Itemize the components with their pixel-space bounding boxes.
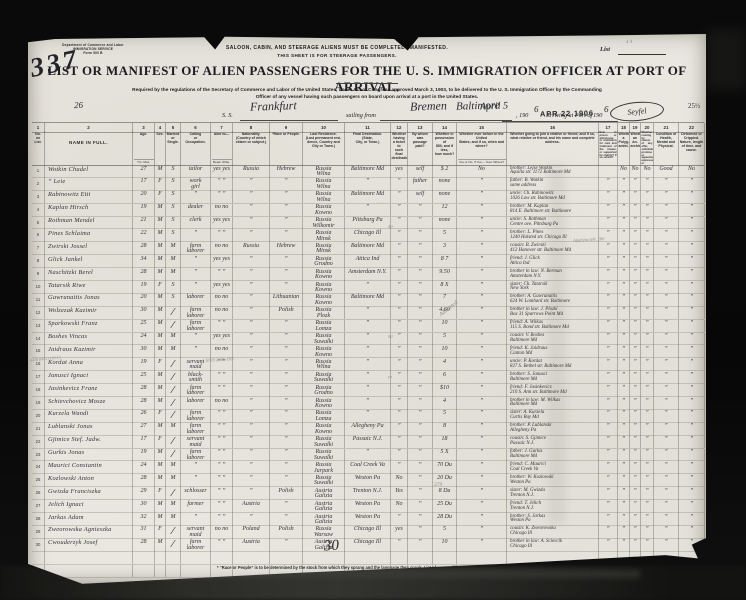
cell-col11: ” xyxy=(345,333,391,346)
cell-col21: ” xyxy=(654,255,679,268)
cell-col15: ” xyxy=(457,539,507,552)
cell-col16: uncle: S. Rothman Centre ave. Pittsburg … xyxy=(507,217,599,230)
cell-col3: 19 xyxy=(133,204,155,217)
cell-col13: ” xyxy=(408,423,433,436)
cell-col2: Kaplan Hirsch xyxy=(45,204,133,217)
sheet-number-handwriting: 26 xyxy=(74,100,83,110)
cell-col12: ” xyxy=(391,461,408,474)
cell-col13: ” xyxy=(408,449,433,462)
cell-col15: ” xyxy=(457,449,507,462)
cell-col10: Russia Wilkomir xyxy=(303,217,345,230)
cell-col12: ” xyxy=(391,178,408,191)
cell-col11: Trenton N.J. xyxy=(345,487,391,500)
cell-col6: farm laborer xyxy=(181,242,211,255)
cell-col12: ” xyxy=(391,320,408,333)
cell-col17: ” xyxy=(599,333,618,346)
year-1-handwriting: 6 xyxy=(534,104,539,114)
cell-col14: 5 xyxy=(433,410,457,423)
cell-col20: ” xyxy=(641,294,654,307)
cell-col9: ” xyxy=(270,281,303,294)
cell-col8: ” xyxy=(233,320,270,333)
cell-col2: Gwizda Franciszka xyxy=(45,487,133,500)
cell-col10: Russia Warsaw xyxy=(303,526,345,539)
cell-col5: M xyxy=(166,423,181,436)
cell-col6: farm laborer xyxy=(181,307,211,320)
cell-col11: ” xyxy=(345,281,391,294)
pencil-annotation: 90 xyxy=(388,334,393,339)
cell-col21: ” xyxy=(654,371,679,384)
table-row: 17Janusci Ignaci25M⁄black- smith” ”””Rus… xyxy=(32,371,704,384)
cell-col21: ” xyxy=(654,191,679,204)
title-rule xyxy=(336,83,398,84)
cell-col1: 5 xyxy=(32,217,45,230)
table-row: 5Rothman Mendel21MSclerkyes yes””Russia … xyxy=(32,217,704,230)
cell-col9: ” xyxy=(270,397,303,410)
cell-col15: ” xyxy=(457,281,507,294)
cell-col15: ” xyxy=(457,268,507,281)
cell-col15: ” xyxy=(457,474,507,487)
cell-col17: ” xyxy=(599,539,618,552)
cell-col7: no no xyxy=(211,242,233,255)
cell-col11: Chicago Ill xyxy=(345,526,391,539)
cell-col22: ” xyxy=(679,513,705,526)
column-header-5: Married or Single. xyxy=(166,131,181,165)
cell-col19: ” xyxy=(630,242,641,255)
cell-col15: ” xyxy=(457,217,507,230)
cell-col4: M xyxy=(155,345,166,358)
cell-col6: servant maid xyxy=(181,436,211,449)
cell-col19: ” xyxy=(630,294,641,307)
table-row: 13Sparkowski Franz25M⁄farm laborer” ”””R… xyxy=(32,320,704,333)
cell-col5 xyxy=(166,552,181,564)
cell-col1: 22 xyxy=(32,436,45,449)
cell-col17: ” xyxy=(599,320,618,333)
cell-col18: ” xyxy=(618,268,630,281)
total-count-handwriting: 30 xyxy=(323,537,339,555)
cell-col18: ” xyxy=(618,358,630,371)
cell-col4: M xyxy=(155,513,166,526)
cell-col20: ” xyxy=(641,371,654,384)
table-row: 8Glick Jankel34MM”yes yes””Russia Grodno… xyxy=(32,255,704,268)
cell-col5: M xyxy=(166,500,181,513)
cell-col20: ” xyxy=(641,423,654,436)
cell-col14: 8 X xyxy=(433,281,457,294)
cell-col20: ” xyxy=(641,281,654,294)
cell-col21: ” xyxy=(654,513,679,526)
cell-col19: ” xyxy=(630,461,641,474)
cell-col10: Russia Wilna xyxy=(303,191,345,204)
cell-col5: ⁄ xyxy=(166,358,181,371)
cell-col7: ” ” xyxy=(211,487,233,500)
cell-col16: sister: A. Kurzela Curtis Bay Md xyxy=(507,410,599,423)
cell-col18: ” xyxy=(618,397,630,410)
cell-col14: none xyxy=(433,191,457,204)
cell-col17: ” xyxy=(599,358,618,371)
cell-col8: ” xyxy=(233,281,270,294)
cell-col6: farm laborer xyxy=(181,384,211,397)
cell-col6: clerk xyxy=(181,217,211,230)
cell-col8: ” xyxy=(233,397,270,410)
cell-col3: 28 xyxy=(133,474,155,487)
table-row: 23Gurkis Jonas19M⁄farm laborer” ”””Russi… xyxy=(32,449,704,462)
cell-col19: ” xyxy=(630,217,641,230)
cell-col8: ” xyxy=(233,513,270,526)
cell-col8: ” xyxy=(233,423,270,436)
cell-col1: 13 xyxy=(32,320,45,333)
cell-col3: 29 xyxy=(133,487,155,500)
cell-col8: ” xyxy=(233,255,270,268)
cell-col17: ” xyxy=(599,191,618,204)
cell-col6: ” xyxy=(181,281,211,294)
cell-col22: ” xyxy=(679,217,705,230)
corner-page-mark: 25½ xyxy=(688,102,700,110)
column-header-12: Whether having a ticket to such final de… xyxy=(391,131,408,165)
cell-col16: brother in law: M. Wilkas Baltimore Md xyxy=(507,397,599,410)
cell-col22: ” xyxy=(679,487,705,500)
cell-col7: no no xyxy=(211,397,233,410)
cell-col19 xyxy=(630,552,641,564)
cell-col17: ” xyxy=(599,410,618,423)
cell-col15: ” xyxy=(457,461,507,474)
cell-col20: ” xyxy=(641,526,654,539)
cell-col14: 25 Du xyxy=(433,500,457,513)
list-blank-rule xyxy=(618,54,666,55)
column-header-8: Nationality. (Country of which citizen o… xyxy=(233,131,270,165)
cell-col17 xyxy=(599,552,618,564)
cell-col22: ” xyxy=(679,307,705,320)
cell-col14: 8 xyxy=(433,423,457,436)
cell-col16: father: J. Gurkis Baltimore Md xyxy=(507,449,599,462)
cell-col3: 28 xyxy=(133,384,155,397)
cell-col13: ” xyxy=(408,474,433,487)
cell-col19: ” xyxy=(630,358,641,371)
cell-col11: ” xyxy=(345,410,391,423)
cell-col7: ” ” xyxy=(211,371,233,384)
cell-col13: ” xyxy=(408,307,433,320)
cell-col12: ” xyxy=(391,333,408,346)
column-header-row: No. on List.NAME IN FULL.Age.Yrs. Mos.Se… xyxy=(32,131,704,166)
cell-col13: ” xyxy=(408,384,433,397)
cell-col16: uncle: P. Kordat 827 S. Bethel str. Balt… xyxy=(507,358,599,371)
cell-col20: ” xyxy=(641,436,654,449)
cell-col9: Polish xyxy=(270,526,303,539)
cell-col2: Gawrunaitis Jonas xyxy=(45,294,133,307)
cell-col12: ” xyxy=(391,436,408,449)
cell-col20: ” xyxy=(641,513,654,526)
cell-col11: Weston Pa xyxy=(345,513,391,526)
pencil-annotation: 4 4 xyxy=(626,40,633,45)
cell-col8: ” xyxy=(233,487,270,500)
cell-col20: ” xyxy=(641,255,654,268)
cell-col19: ” xyxy=(630,255,641,268)
column-header-4: Sex. xyxy=(155,131,166,165)
cell-col13: ” xyxy=(408,255,433,268)
cell-col3: 25 xyxy=(133,371,155,384)
cell-col21: ” xyxy=(654,474,679,487)
arriving-port-handwriting: Baltimore xyxy=(456,99,500,113)
cell-col4: M xyxy=(155,242,166,255)
cell-col22: ” xyxy=(679,229,705,242)
cell-col10: Russia Lomza xyxy=(303,320,345,333)
cell-col22: ” xyxy=(679,242,705,255)
cell-col16: brother in law: J. Plozki Box 31 Sparrow… xyxy=(507,307,599,320)
cell-col9 xyxy=(270,552,303,564)
cell-col7: yes yes xyxy=(211,281,233,294)
cell-col9: ” xyxy=(270,229,303,242)
cell-col16: brother: A. Gawrunaitis 624 W. Lombard s… xyxy=(507,294,599,307)
cell-col3: 28 xyxy=(133,242,155,255)
cell-col8: Austria xyxy=(233,539,270,552)
cell-col22: ” xyxy=(679,294,705,307)
cell-col22: ” xyxy=(679,449,705,462)
cell-col15: ” xyxy=(457,410,507,423)
cell-col19: ” xyxy=(630,281,641,294)
cell-col2: Zweorowska Agnieszka xyxy=(45,526,133,539)
cell-col11: ” xyxy=(345,449,391,462)
cell-col21: ” xyxy=(654,281,679,294)
cell-col19: ” xyxy=(630,500,641,513)
cell-col6: ” xyxy=(181,268,211,281)
cell-col6: farm laborer xyxy=(181,539,211,552)
cell-col22: ” xyxy=(679,204,705,217)
cell-col5: M xyxy=(166,268,181,281)
cell-col15: ” xyxy=(457,178,507,191)
cell-col19: ” xyxy=(630,320,641,333)
cell-col14: 5 xyxy=(433,229,457,242)
cell-col13: ” xyxy=(408,294,433,307)
cell-col10: Russia Suwalki xyxy=(303,436,345,449)
cell-col5: S xyxy=(166,229,181,242)
cell-col4: F xyxy=(155,410,166,423)
cell-col6: farm laborer xyxy=(181,410,211,423)
cell-col18: ” xyxy=(618,255,630,268)
cell-col17: ” xyxy=(599,436,618,449)
cell-col16: friend: F. Jasinkevicz 210 S. Ann str. B… xyxy=(507,384,599,397)
cell-col2: Janusci Ignaci xyxy=(45,371,133,384)
cell-col18: ” xyxy=(618,281,630,294)
cell-col18: ” xyxy=(618,294,630,307)
column-header-16: Whether going to join a relative or frie… xyxy=(507,131,599,165)
cell-col18: ” xyxy=(618,307,630,320)
cell-col2: Tatarsik Riwe xyxy=(45,281,133,294)
cell-col12 xyxy=(391,552,408,564)
table-row: 30Cwouderzyk Josef28M⁄farm laborer” ”Aus… xyxy=(32,539,704,552)
cell-col14: 4 xyxy=(433,397,457,410)
scanned-manifest-screenshot: Department of Commerce and Labor IMMIGRA… xyxy=(0,0,746,600)
cell-col22: ” xyxy=(679,474,705,487)
cell-col17: ” xyxy=(599,345,618,358)
cell-col4: M xyxy=(155,268,166,281)
cell-col1: 21 xyxy=(32,423,45,436)
table-row: 9Naschitzki Berel28MM”” ”””Russia KownoA… xyxy=(32,268,704,281)
cell-col4: M xyxy=(155,397,166,410)
column-header-17: Ever in prison or almshouse or instituti… xyxy=(599,131,618,165)
cell-col3: 25 xyxy=(133,320,155,333)
cell-col19: ” xyxy=(630,371,641,384)
cell-col8: ” xyxy=(233,345,270,358)
cell-col3: 19 xyxy=(133,358,155,371)
cell-col10: Russia Grodno xyxy=(303,255,345,268)
cell-col13: ” xyxy=(408,371,433,384)
cell-col12: ” xyxy=(391,294,408,307)
cell-col20: ” xyxy=(641,345,654,358)
cell-col2: Boshes Vincas xyxy=(45,333,133,346)
cell-col10: Russia Wilna xyxy=(303,165,345,178)
cell-col14: 28 Du xyxy=(433,513,457,526)
cell-col10: Russia Lomza xyxy=(303,410,345,423)
cell-col22: ” xyxy=(679,281,705,294)
cell-col5: S xyxy=(166,281,181,294)
cell-col2: Kozlowski Anton xyxy=(45,474,133,487)
cell-col20: ” xyxy=(641,178,654,191)
cell-col19: ” xyxy=(630,333,641,346)
cell-col15: ” xyxy=(457,191,507,204)
cell-col3: 17 xyxy=(133,436,155,449)
cell-col9: ” xyxy=(270,191,303,204)
cell-col3: 30 xyxy=(133,500,155,513)
cell-col17: ” xyxy=(599,255,618,268)
cell-col18: ” xyxy=(618,513,630,526)
cell-col6: servant maid xyxy=(181,526,211,539)
cell-col10: Austria Galizia xyxy=(303,487,345,500)
cell-col5: ⁄ xyxy=(166,320,181,333)
table-row: 18Jasinkevicz Franz28M⁄farm laborer” ”””… xyxy=(32,384,704,397)
cell-col7: ” ” xyxy=(211,410,233,423)
table-row: 16Kordat Anna19F⁄servant maid” ”””Russia… xyxy=(32,358,704,371)
cell-col10: Russia Suwalki xyxy=(303,333,345,346)
cell-col9: ” xyxy=(270,474,303,487)
cell-col9: ” xyxy=(270,461,303,474)
cell-col9: ” xyxy=(270,423,303,436)
cell-col12: ” xyxy=(391,268,408,281)
cell-col9: ” xyxy=(270,204,303,217)
cell-col9: Hebrew xyxy=(270,165,303,178)
cell-col3: 28 xyxy=(133,397,155,410)
required-line-1: Required by the regulations of the Secre… xyxy=(28,88,706,93)
cell-col14: 8 Du xyxy=(433,487,457,500)
cell-col19: ” xyxy=(630,178,641,191)
cell-col17: ” xyxy=(599,217,618,230)
cell-col8: ” xyxy=(233,268,270,281)
ship-name-rule xyxy=(240,120,338,121)
cell-col17: ” xyxy=(599,371,618,384)
cell-col14 xyxy=(433,552,457,564)
cell-col10: Russia Jurpark xyxy=(303,461,345,474)
cell-col18: ” xyxy=(618,449,630,462)
cell-col19: No xyxy=(630,165,641,178)
cell-col21: ” xyxy=(654,397,679,410)
cell-col5: ⁄ xyxy=(166,371,181,384)
cell-col7: ” ” xyxy=(211,449,233,462)
cell-col11 xyxy=(345,552,391,564)
cell-col7: yes yes xyxy=(211,217,233,230)
cell-col21 xyxy=(654,552,679,564)
cell-col3: 20 xyxy=(133,191,155,204)
cell-col20: ” xyxy=(641,191,654,204)
cell-col8: ” xyxy=(233,294,270,307)
column-header-1: No. on List. xyxy=(32,131,45,165)
cell-col12: No xyxy=(391,500,408,513)
cell-col5: S xyxy=(166,165,181,178)
cell-col16: sister: M. Gwizda Trenton N.J. xyxy=(507,487,599,500)
cell-col19: ” xyxy=(630,436,641,449)
cell-col7: ” ” xyxy=(211,320,233,333)
cell-col21: ” xyxy=(654,268,679,281)
cell-col11: ” xyxy=(345,358,391,371)
cell-col5: M xyxy=(166,345,181,358)
cell-col19: ” xyxy=(630,345,641,358)
cell-col10: Russia Kowno xyxy=(303,268,345,281)
cell-col11: ” xyxy=(345,320,391,333)
cell-col18: ” xyxy=(618,474,630,487)
cell-col2: Pines Schlaima xyxy=(45,229,133,242)
cell-col22: ” xyxy=(679,500,705,513)
cell-col8: Poland xyxy=(233,526,270,539)
cell-col9: ” xyxy=(270,333,303,346)
cell-col4: F xyxy=(155,487,166,500)
cell-col6: ” xyxy=(181,345,211,358)
cell-col15: ” xyxy=(457,487,507,500)
cell-col14: none xyxy=(433,178,457,191)
cell-col15: ” xyxy=(457,345,507,358)
cell-col9: ” xyxy=(270,513,303,526)
cell-col12: ” xyxy=(391,358,408,371)
cell-col15: ” xyxy=(457,371,507,384)
cell-col2: Lublanski Jonas xyxy=(45,423,133,436)
cell-col15: ” xyxy=(457,500,507,513)
cell-col14: 9.50 xyxy=(433,268,457,281)
cell-col22: ” xyxy=(679,333,705,346)
cell-col4: M xyxy=(155,307,166,320)
cell-col3: 20 xyxy=(133,294,155,307)
pencil-annotation: 279 xyxy=(434,482,442,488)
cell-col20: ” xyxy=(641,358,654,371)
cell-col9: ” xyxy=(270,410,303,423)
cell-col12: No xyxy=(391,474,408,487)
cell-col16: brother: S. Jarkas Weston Pa xyxy=(507,513,599,526)
cell-col3: 28 xyxy=(133,268,155,281)
cell-col15: ” xyxy=(457,294,507,307)
cell-col20: ” xyxy=(641,229,654,242)
cell-col5: ⁄ xyxy=(166,384,181,397)
cell-col5: ⁄ xyxy=(166,487,181,500)
column-header-20: Whether coming by reason of any offer, s… xyxy=(641,131,654,165)
cell-col17: ” xyxy=(599,178,618,191)
cell-col1: 18 xyxy=(32,384,45,397)
cell-col3: 30 xyxy=(133,307,155,320)
cell-col11: ” xyxy=(345,178,391,191)
cell-col7: yes yes xyxy=(211,255,233,268)
cell-col11: Baltimore Md xyxy=(345,242,391,255)
cell-col2: Cwouderzyk Josef xyxy=(45,539,133,552)
cell-col21: ” xyxy=(654,539,679,552)
cell-col10: Russia Kowno xyxy=(303,281,345,294)
cell-col12: ” xyxy=(391,513,408,526)
cell-col2 xyxy=(45,552,133,564)
cell-col7: no no xyxy=(211,526,233,539)
cell-col9: ” xyxy=(270,358,303,371)
cell-col22: ” xyxy=(679,268,705,281)
table-row: 22Gjimice Stef. Jadw.17F⁄servant maid” ”… xyxy=(32,436,704,449)
cell-col13: ” xyxy=(408,436,433,449)
cell-col15: ” xyxy=(457,320,507,333)
cell-col1: 24 xyxy=(32,461,45,474)
cell-col6: schlosser xyxy=(181,487,211,500)
column-header-11: Final Destination. (State, City, or Town… xyxy=(345,131,391,165)
cell-col9: Hebrew xyxy=(270,242,303,255)
cell-col3: 26 xyxy=(133,410,155,423)
cell-col17: ” xyxy=(599,242,618,255)
